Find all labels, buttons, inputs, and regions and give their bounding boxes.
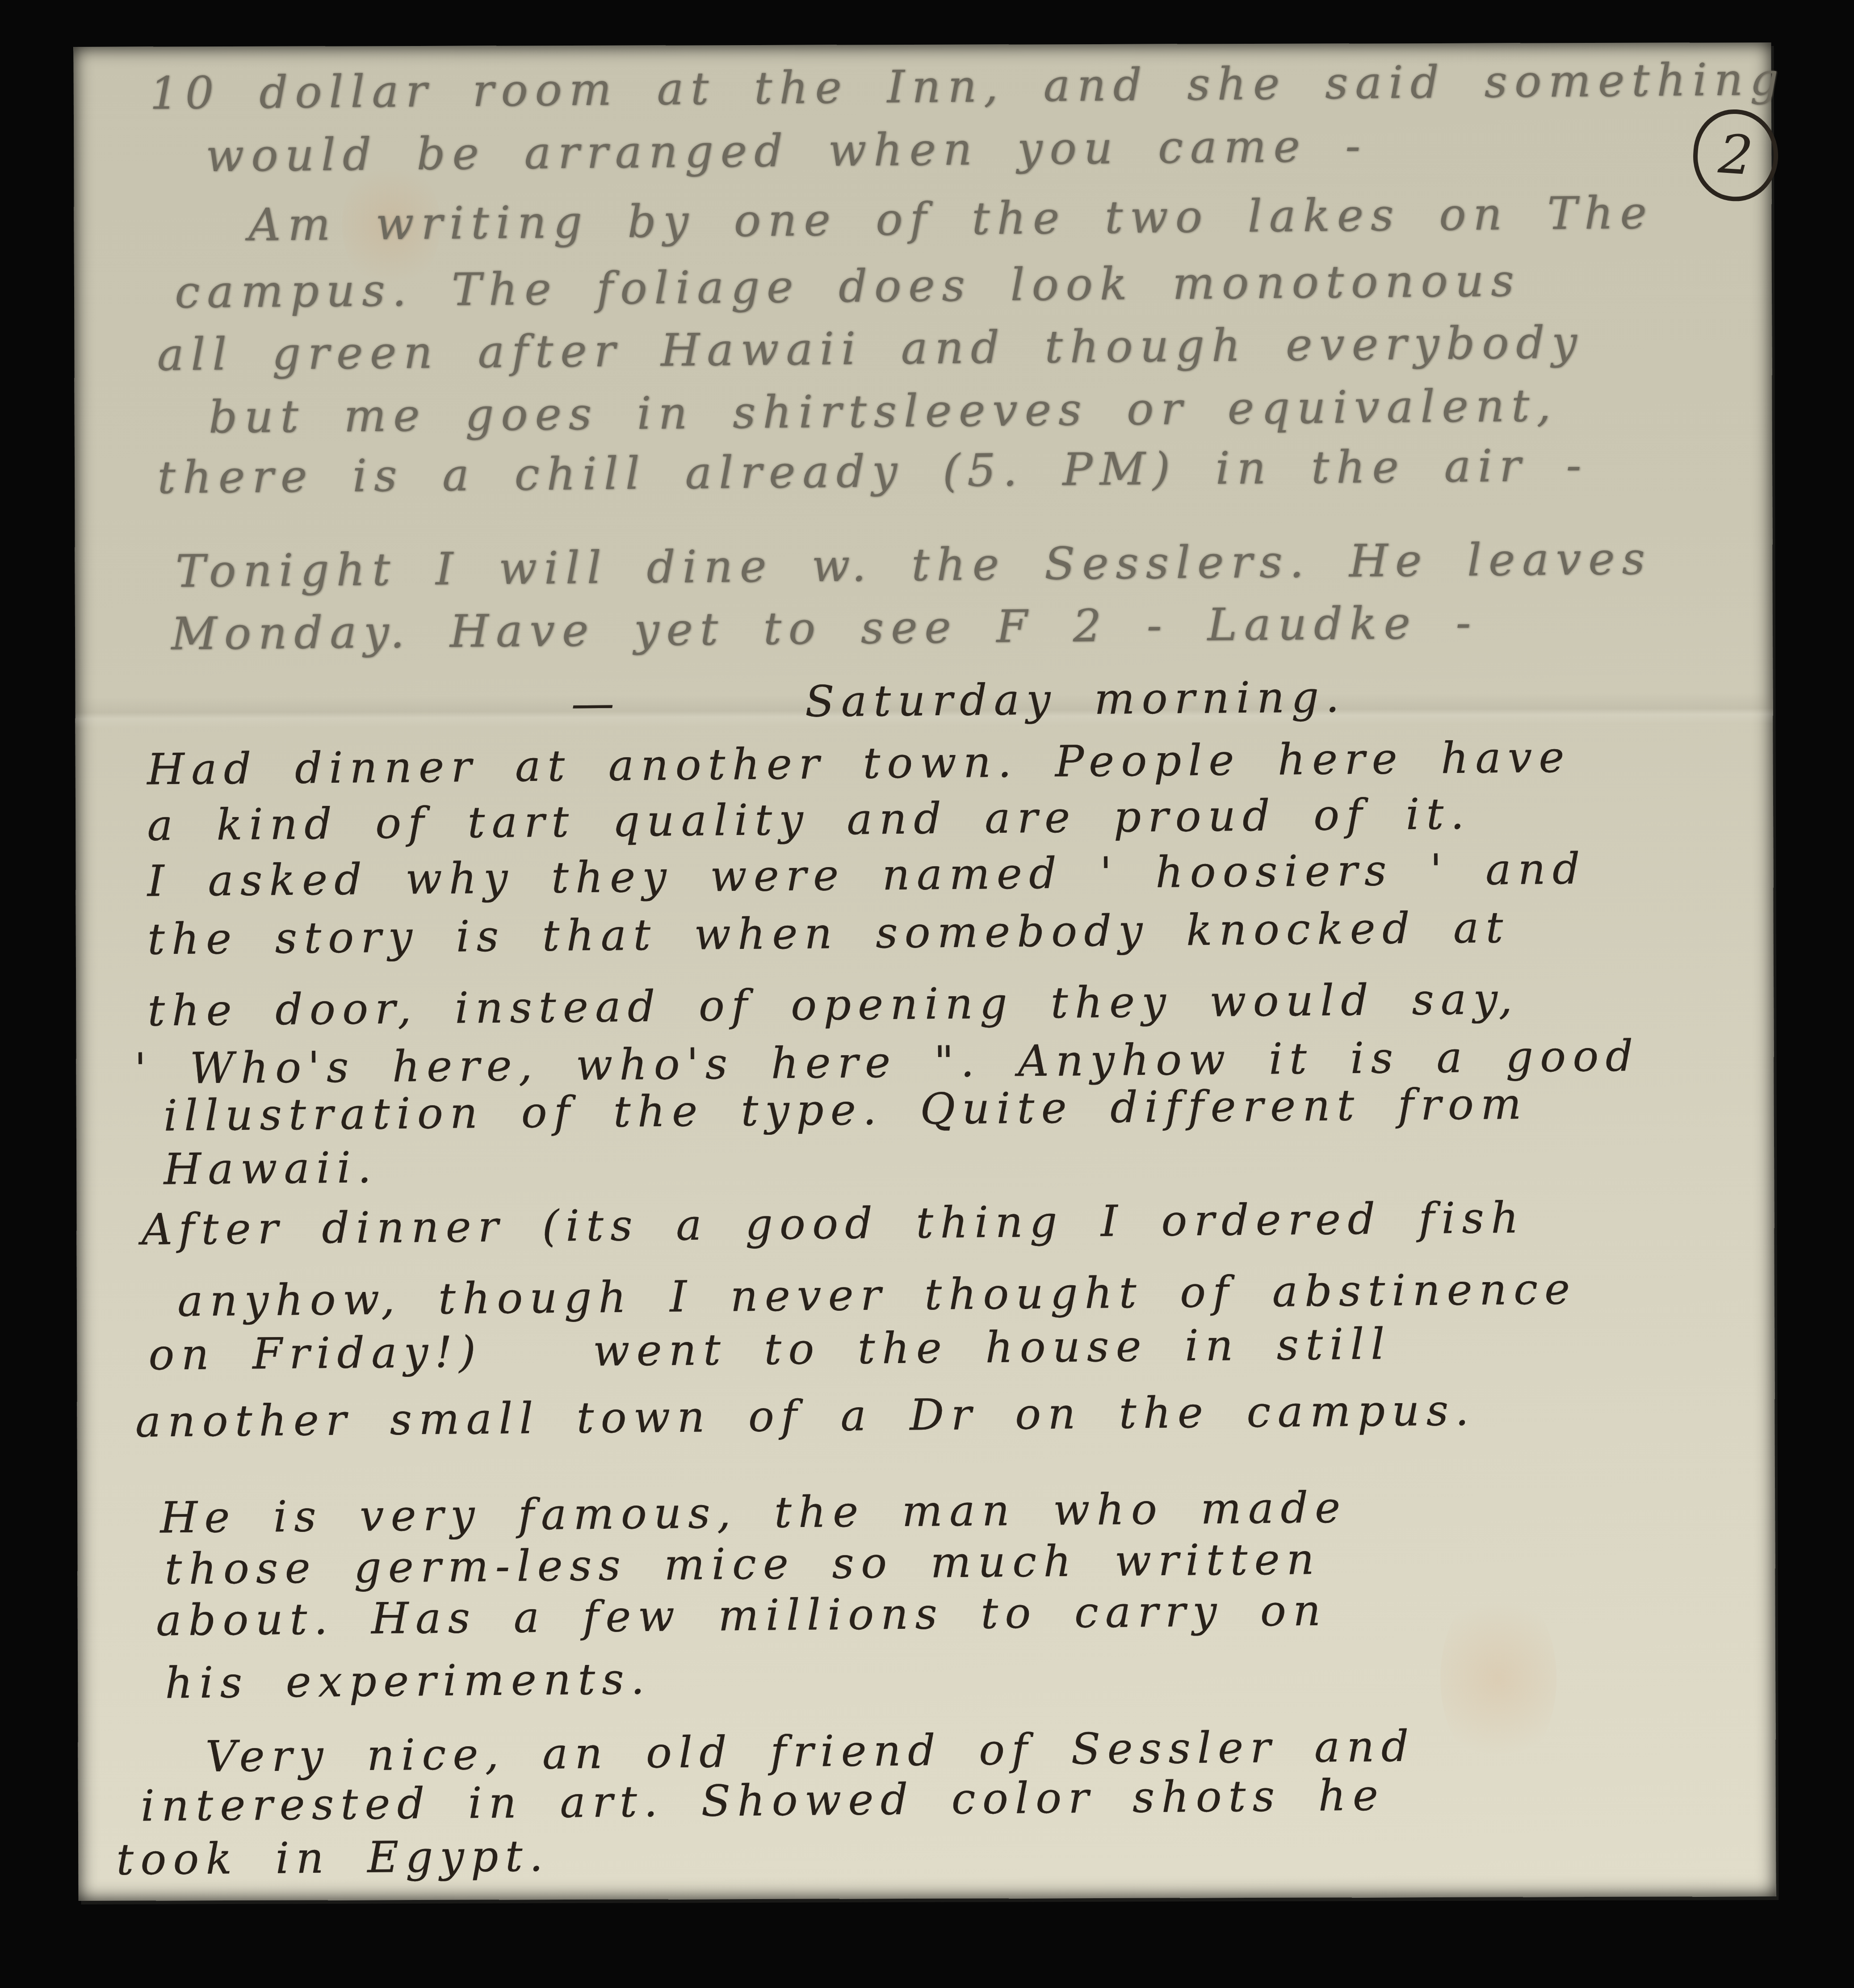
handwritten-line: but me goes in shirtsleeves or equivalen… bbox=[209, 383, 1558, 440]
handwritten-line: the story is that when somebody knocked … bbox=[147, 906, 1510, 961]
handwritten-line: After dinner (its a good thing I ordered… bbox=[141, 1196, 1525, 1251]
handwritten-line: anyhow, though I never thought of abstin… bbox=[177, 1267, 1577, 1322]
handwritten-line: Monday. Have yet to see F 2 - Laudke - bbox=[171, 600, 1478, 657]
handwritten-line: I asked why they were named ' hoosiers '… bbox=[147, 847, 1587, 902]
page-number-badge: 2 bbox=[1690, 107, 1781, 204]
scanned-letter-background: { "page": { "background_color": "#070707… bbox=[0, 0, 1854, 1988]
handwritten-line: interested in art. Showed color shots he bbox=[141, 1774, 1385, 1827]
handwritten-line: those germ-less mice so much written bbox=[164, 1538, 1321, 1591]
handwritten-line: would be arranged when you came - bbox=[206, 124, 1367, 179]
handwritten-line: his experiments. bbox=[165, 1657, 651, 1704]
handwritten-line: Hawaii. bbox=[164, 1146, 378, 1191]
handwritten-line: a kind of tart quality and are proud of … bbox=[147, 793, 1471, 847]
handwritten-line: Very nice, an old friend of Sessler and bbox=[205, 1725, 1415, 1778]
paper-stain bbox=[1440, 1584, 1557, 1772]
handwritten-line: the door, instead of opening they would … bbox=[147, 977, 1519, 1032]
handwritten-line: — Saturday morning. bbox=[571, 675, 1346, 725]
handwritten-line: another small town of a Dr on the campus… bbox=[135, 1388, 1476, 1443]
handwritten-line: Had dinner at another town. People here … bbox=[147, 736, 1571, 791]
handwritten-line: there is a chill already (5. PM) in the … bbox=[157, 443, 1589, 500]
page-number: 2 bbox=[1716, 123, 1755, 188]
handwritten-line: He is very famous, the man who made bbox=[160, 1486, 1347, 1539]
handwritten-line: Am writing by one of the two lakes on Th… bbox=[248, 191, 1654, 247]
handwritten-line: took in Egypt. bbox=[116, 1834, 550, 1881]
letter-page: 2 10 dollar room at the Inn, and she sai… bbox=[74, 42, 1776, 1901]
handwritten-line: 10 dollar room at the Inn, and she said … bbox=[150, 57, 1786, 116]
handwritten-line: about. Has a few millions to carry on bbox=[156, 1589, 1328, 1642]
handwritten-line: campus. The foliage does look monotonous bbox=[175, 258, 1521, 315]
handwritten-line: on Friday!) went to the house in still bbox=[148, 1322, 1392, 1376]
handwritten-line: all green after Hawaii and though everyb… bbox=[157, 320, 1584, 377]
handwritten-line: illustration of the type. Quite differen… bbox=[164, 1082, 1528, 1137]
handwritten-line: Tonight I will dine w. the Sesslers. He … bbox=[176, 537, 1653, 594]
